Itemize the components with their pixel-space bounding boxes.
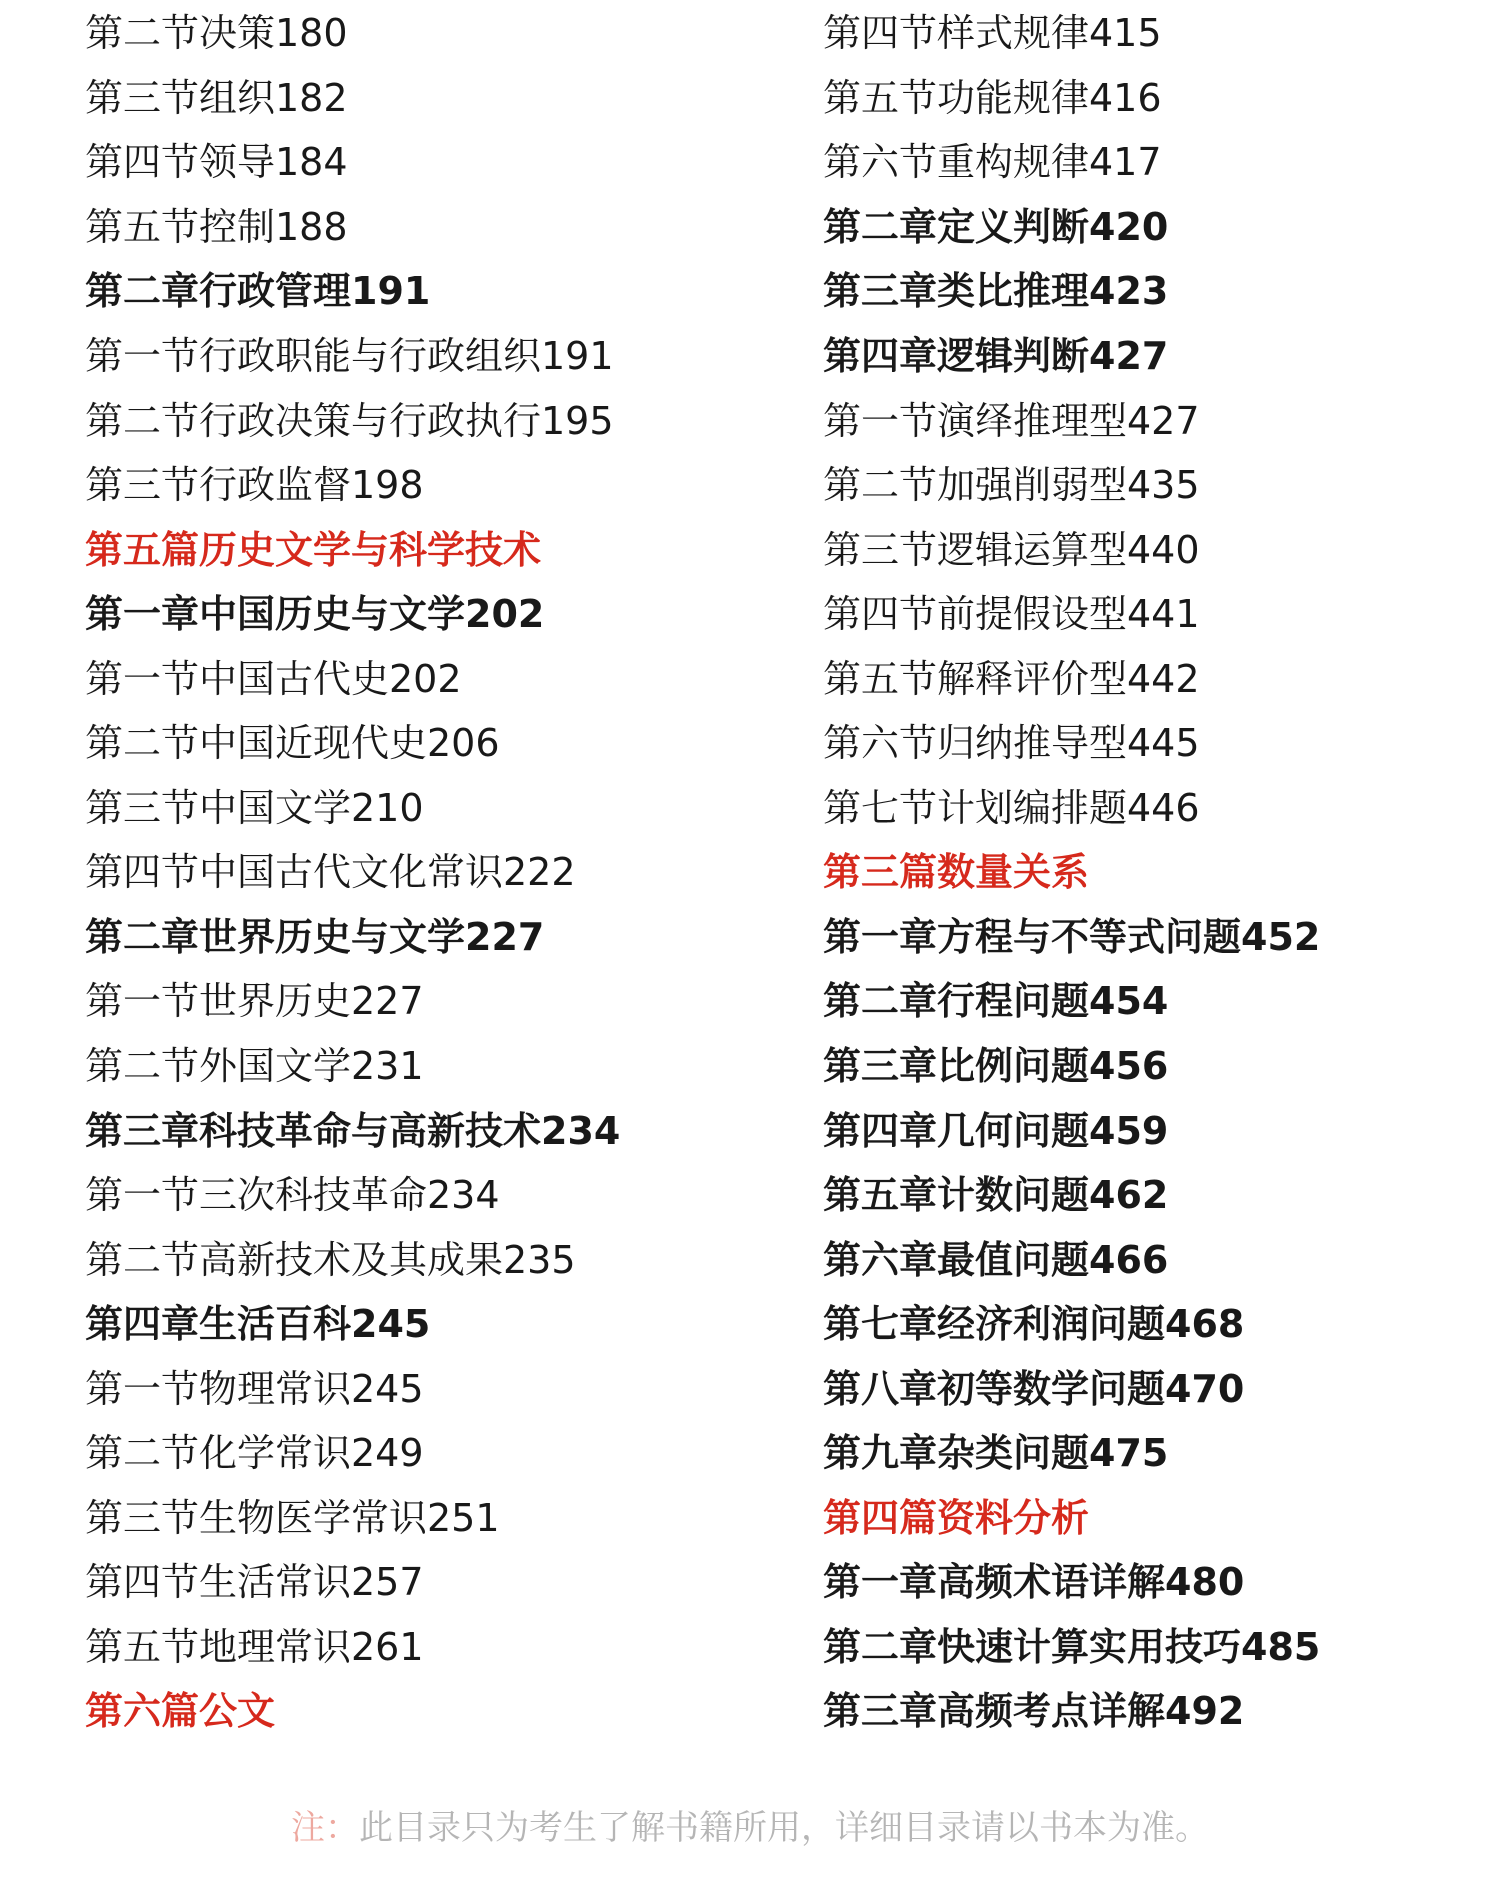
toc-entry-left-23: 第二节化学常识249 <box>85 1421 620 1486</box>
toc-entry-right-23: 第九章杂类问题475 <box>823 1421 1320 1486</box>
toc-entry-right-26: 第二章快速计算实用技巧485 <box>823 1615 1320 1680</box>
toc-entry-right-18: 第四章几何问题459 <box>823 1098 1320 1163</box>
toc-entry-left-12: 第二节中国近现代史206 <box>85 711 620 776</box>
toc-entry-right-22: 第八章初等数学问题470 <box>823 1356 1320 1421</box>
toc-entry-left-19: 第一节三次科技革命234 <box>85 1163 620 1228</box>
toc-entry-left-26: 第五节地理常识261 <box>85 1615 620 1680</box>
toc-entry-left-4: 第五节控制188 <box>85 195 620 260</box>
toc-page: 第二节决策180第三节组织182第四节领导184第五节控制188第二章行政管理1… <box>0 0 1500 1904</box>
footer-note-text: 此目录只为考生了解书籍所用，详细目录请以书本为准。 <box>359 1808 1209 1848</box>
toc-entry-left-1: 第二节决策180 <box>85 1 620 66</box>
toc-entry-left-5: 第二章行政管理191 <box>85 259 620 324</box>
toc-column-right: 第四节样式规律415第五节功能规律416第六节重构规律417第二章定义判断420… <box>823 1 1320 1744</box>
footer-note-prefix: 注： <box>291 1808 359 1848</box>
toc-entry-right-12: 第六节归纳推导型445 <box>823 711 1320 776</box>
toc-entry-right-7: 第一节演绎推理型427 <box>823 388 1320 453</box>
toc-entry-right-4: 第二章定义判断420 <box>823 195 1320 260</box>
toc-entry-left-22: 第一节物理常识245 <box>85 1356 620 1421</box>
toc-entry-left-18: 第三章科技革命与高新技术234 <box>85 1098 620 1163</box>
toc-entry-right-11: 第五节解释评价型442 <box>823 646 1320 711</box>
toc-entry-right-24: 第四篇资料分析 <box>823 1486 1320 1551</box>
toc-entry-left-8: 第三节行政监督198 <box>85 453 620 518</box>
toc-entry-right-19: 第五章计数问题462 <box>823 1163 1320 1228</box>
toc-entry-left-27: 第六篇公文 <box>85 1679 620 1744</box>
toc-entry-left-20: 第二节高新技术及其成果235 <box>85 1227 620 1292</box>
toc-entry-left-21: 第四章生活百科245 <box>85 1292 620 1357</box>
toc-entry-right-2: 第五节功能规律416 <box>823 66 1320 131</box>
toc-entry-left-9: 第五篇历史文学与科学技术 <box>85 517 620 582</box>
toc-entry-right-15: 第一章方程与不等式问题452 <box>823 905 1320 970</box>
toc-entry-left-15: 第二章世界历史与文学227 <box>85 905 620 970</box>
toc-entry-left-25: 第四节生活常识257 <box>85 1550 620 1615</box>
toc-entry-right-13: 第七节计划编排题446 <box>823 776 1320 841</box>
footer-note: 注：此目录只为考生了解书籍所用，详细目录请以书本为准。 <box>0 1806 1500 1850</box>
toc-entry-left-2: 第三节组织182 <box>85 66 620 131</box>
toc-entry-left-24: 第三节生物医学常识251 <box>85 1486 620 1551</box>
toc-entry-right-20: 第六章最值问题466 <box>823 1227 1320 1292</box>
toc-entry-right-1: 第四节样式规律415 <box>823 1 1320 66</box>
toc-entry-left-3: 第四节领导184 <box>85 130 620 195</box>
toc-entry-right-9: 第三节逻辑运算型440 <box>823 517 1320 582</box>
toc-entry-right-14: 第三篇数量关系 <box>823 840 1320 905</box>
toc-entry-left-7: 第二节行政决策与行政执行195 <box>85 388 620 453</box>
toc-entry-left-17: 第二节外国文学231 <box>85 1034 620 1099</box>
toc-entry-right-27: 第三章高频考点详解492 <box>823 1679 1320 1744</box>
toc-entry-right-8: 第二节加强削弱型435 <box>823 453 1320 518</box>
toc-entry-right-16: 第二章行程问题454 <box>823 969 1320 1034</box>
toc-entry-right-25: 第一章高频术语详解480 <box>823 1550 1320 1615</box>
toc-entry-left-13: 第三节中国文学210 <box>85 776 620 841</box>
toc-entry-right-5: 第三章类比推理423 <box>823 259 1320 324</box>
toc-entry-right-10: 第四节前提假设型441 <box>823 582 1320 647</box>
toc-entry-left-10: 第一章中国历史与文学202 <box>85 582 620 647</box>
toc-entry-left-14: 第四节中国古代文化常识222 <box>85 840 620 905</box>
toc-entry-right-21: 第七章经济利润问题468 <box>823 1292 1320 1357</box>
toc-entry-right-17: 第三章比例问题456 <box>823 1034 1320 1099</box>
toc-entry-right-6: 第四章逻辑判断427 <box>823 324 1320 389</box>
toc-entry-left-16: 第一节世界历史227 <box>85 969 620 1034</box>
toc-entry-left-6: 第一节行政职能与行政组织191 <box>85 324 620 389</box>
toc-entry-left-11: 第一节中国古代史202 <box>85 646 620 711</box>
toc-entry-right-3: 第六节重构规律417 <box>823 130 1320 195</box>
toc-column-left: 第二节决策180第三节组织182第四节领导184第五节控制188第二章行政管理1… <box>85 1 620 1744</box>
